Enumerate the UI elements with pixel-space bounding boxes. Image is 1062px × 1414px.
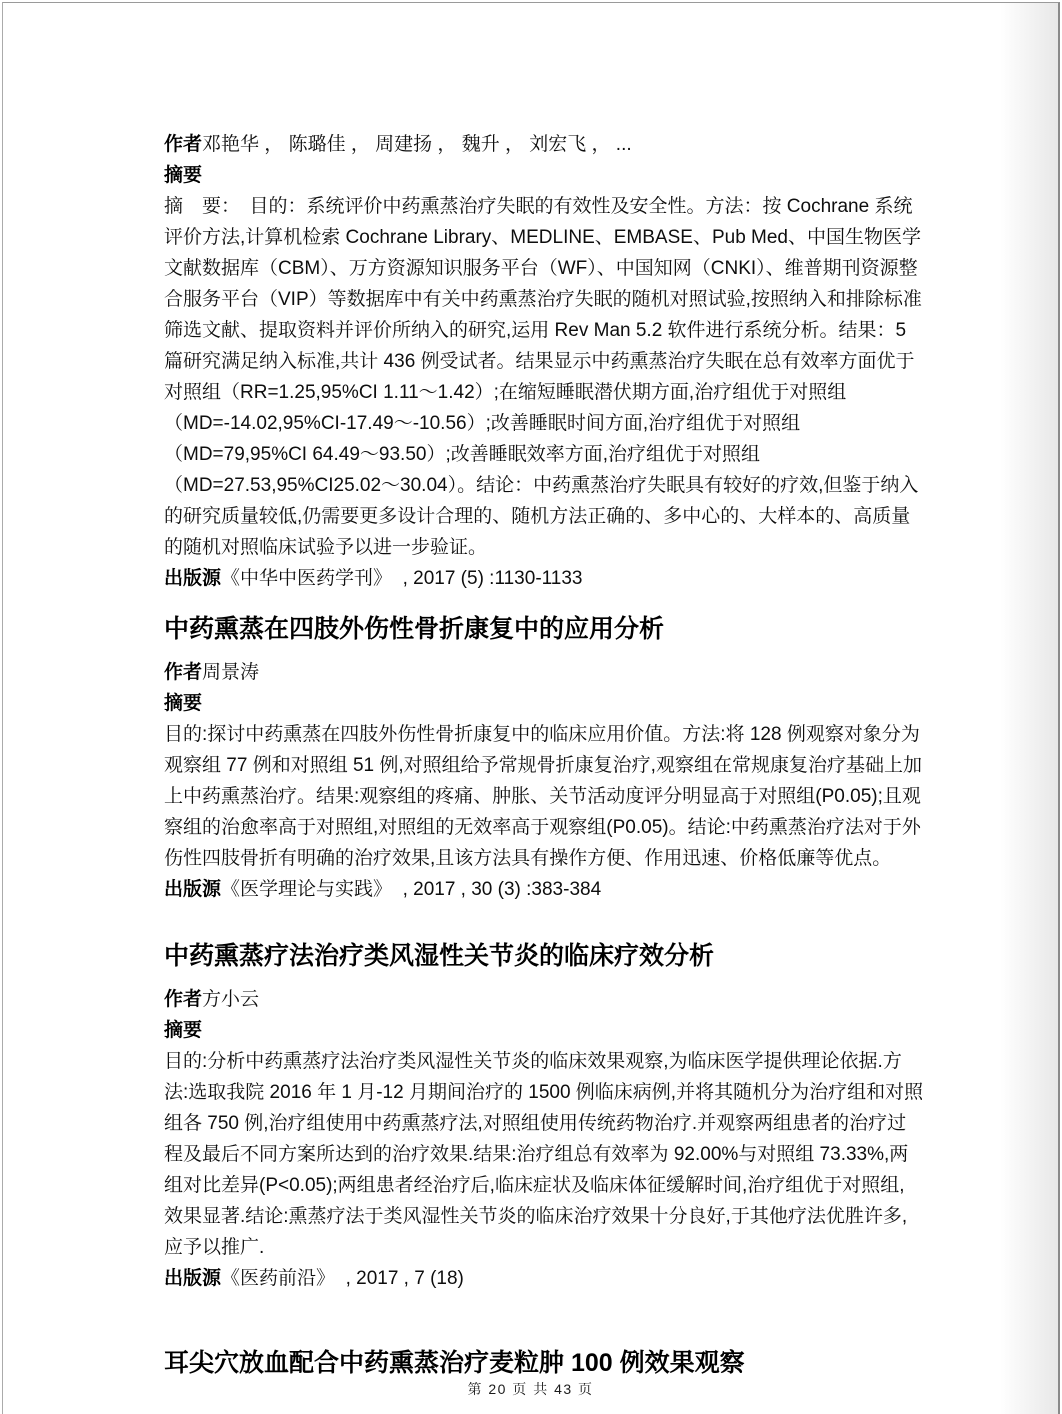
source-line: 出版源《医学理论与实践》 , 2017 , 30 (3) :383-384 (164, 874, 964, 905)
source-label: 出版源 (164, 568, 221, 589)
source-line: 出版源《医药前沿》 , 2017 , 7 (18) (164, 1263, 964, 1294)
authors-text: 周景涛 (202, 662, 259, 683)
article-title: 中药熏蒸疗法治疗类风湿性关节炎的临床疗效分析 (164, 936, 964, 976)
article-title: 中药熏蒸在四肢外伤性骨折康复中的应用分析 (164, 609, 964, 649)
document-page: 作者邓艳华 ， 陈璐佳 ， 周建扬 ， 魏升 ， 刘宏飞 ， ... 摘要 摘 … (2, 2, 1060, 1414)
author-line: 作者邓艳华 ， 陈璐佳 ， 周建扬 ， 魏升 ， 刘宏飞 ， ... (164, 129, 964, 160)
source-text: 《医药前沿》 , 2017 , 7 (18) (221, 1268, 464, 1289)
author-line: 作者周景涛 (164, 657, 964, 688)
abstract-text: 摘 要： 目的：系统评价中药熏蒸治疗失眠的有效性及安全性。方法：按 Cochra… (164, 191, 964, 563)
page-content: 作者邓艳华 ， 陈璐佳 ， 周建扬 ， 魏升 ， 刘宏飞 ， ... 摘要 摘 … (164, 129, 964, 1383)
article-title: 耳尖穴放血配合中药熏蒸治疗麦粒肿 100 例效果观察 (164, 1343, 964, 1383)
abstract-text: 目的:探讨中药熏蒸在四肢外伤性骨折康复中的临床应用价值。方法:将 128 例观察… (164, 719, 964, 874)
authors-text: 方小云 (202, 989, 259, 1010)
article-entry-4: 耳尖穴放血配合中药熏蒸治疗麦粒肿 100 例效果观察 (164, 1343, 964, 1383)
article-entry-1: 作者邓艳华 ， 陈璐佳 ， 周建扬 ， 魏升 ， 刘宏飞 ， ... 摘要 摘 … (164, 129, 964, 594)
article-entry-2: 中药熏蒸在四肢外伤性骨折康复中的应用分析 作者周景涛 摘要 目的:探讨中药熏蒸在… (164, 609, 964, 905)
page-footer: 第 20 页 共 43 页 (3, 1379, 1058, 1399)
source-text: 《医学理论与实践》 , 2017 , 30 (3) :383-384 (221, 879, 601, 900)
source-line: 出版源《中华中医药学刊》 , 2017 (5) :1130-1133 (164, 563, 964, 594)
abstract-label: 摘要 (164, 160, 964, 191)
article-entry-3: 中药熏蒸疗法治疗类风湿性关节炎的临床疗效分析 作者方小云 摘要 目的:分析中药熏… (164, 936, 964, 1294)
page-number-text: 第 20 页 共 43 页 (467, 1381, 593, 1397)
source-text: 《中华中医药学刊》 , 2017 (5) :1130-1133 (221, 568, 582, 589)
abstract-label: 摘要 (164, 688, 964, 719)
author-label: 作者 (164, 134, 202, 155)
scan-shadow (1000, 3, 1058, 1414)
author-line: 作者方小云 (164, 984, 964, 1015)
abstract-text: 目的:分析中药熏蒸疗法治疗类风湿性关节炎的临床效果观察,为临床医学提供理论依据.… (164, 1046, 964, 1263)
authors-text: 邓艳华 ， 陈璐佳 ， 周建扬 ， 魏升 ， 刘宏飞 ， ... (202, 134, 632, 155)
source-label: 出版源 (164, 1268, 221, 1289)
source-label: 出版源 (164, 879, 221, 900)
author-label: 作者 (164, 989, 202, 1010)
abstract-label: 摘要 (164, 1015, 964, 1046)
author-label: 作者 (164, 662, 202, 683)
